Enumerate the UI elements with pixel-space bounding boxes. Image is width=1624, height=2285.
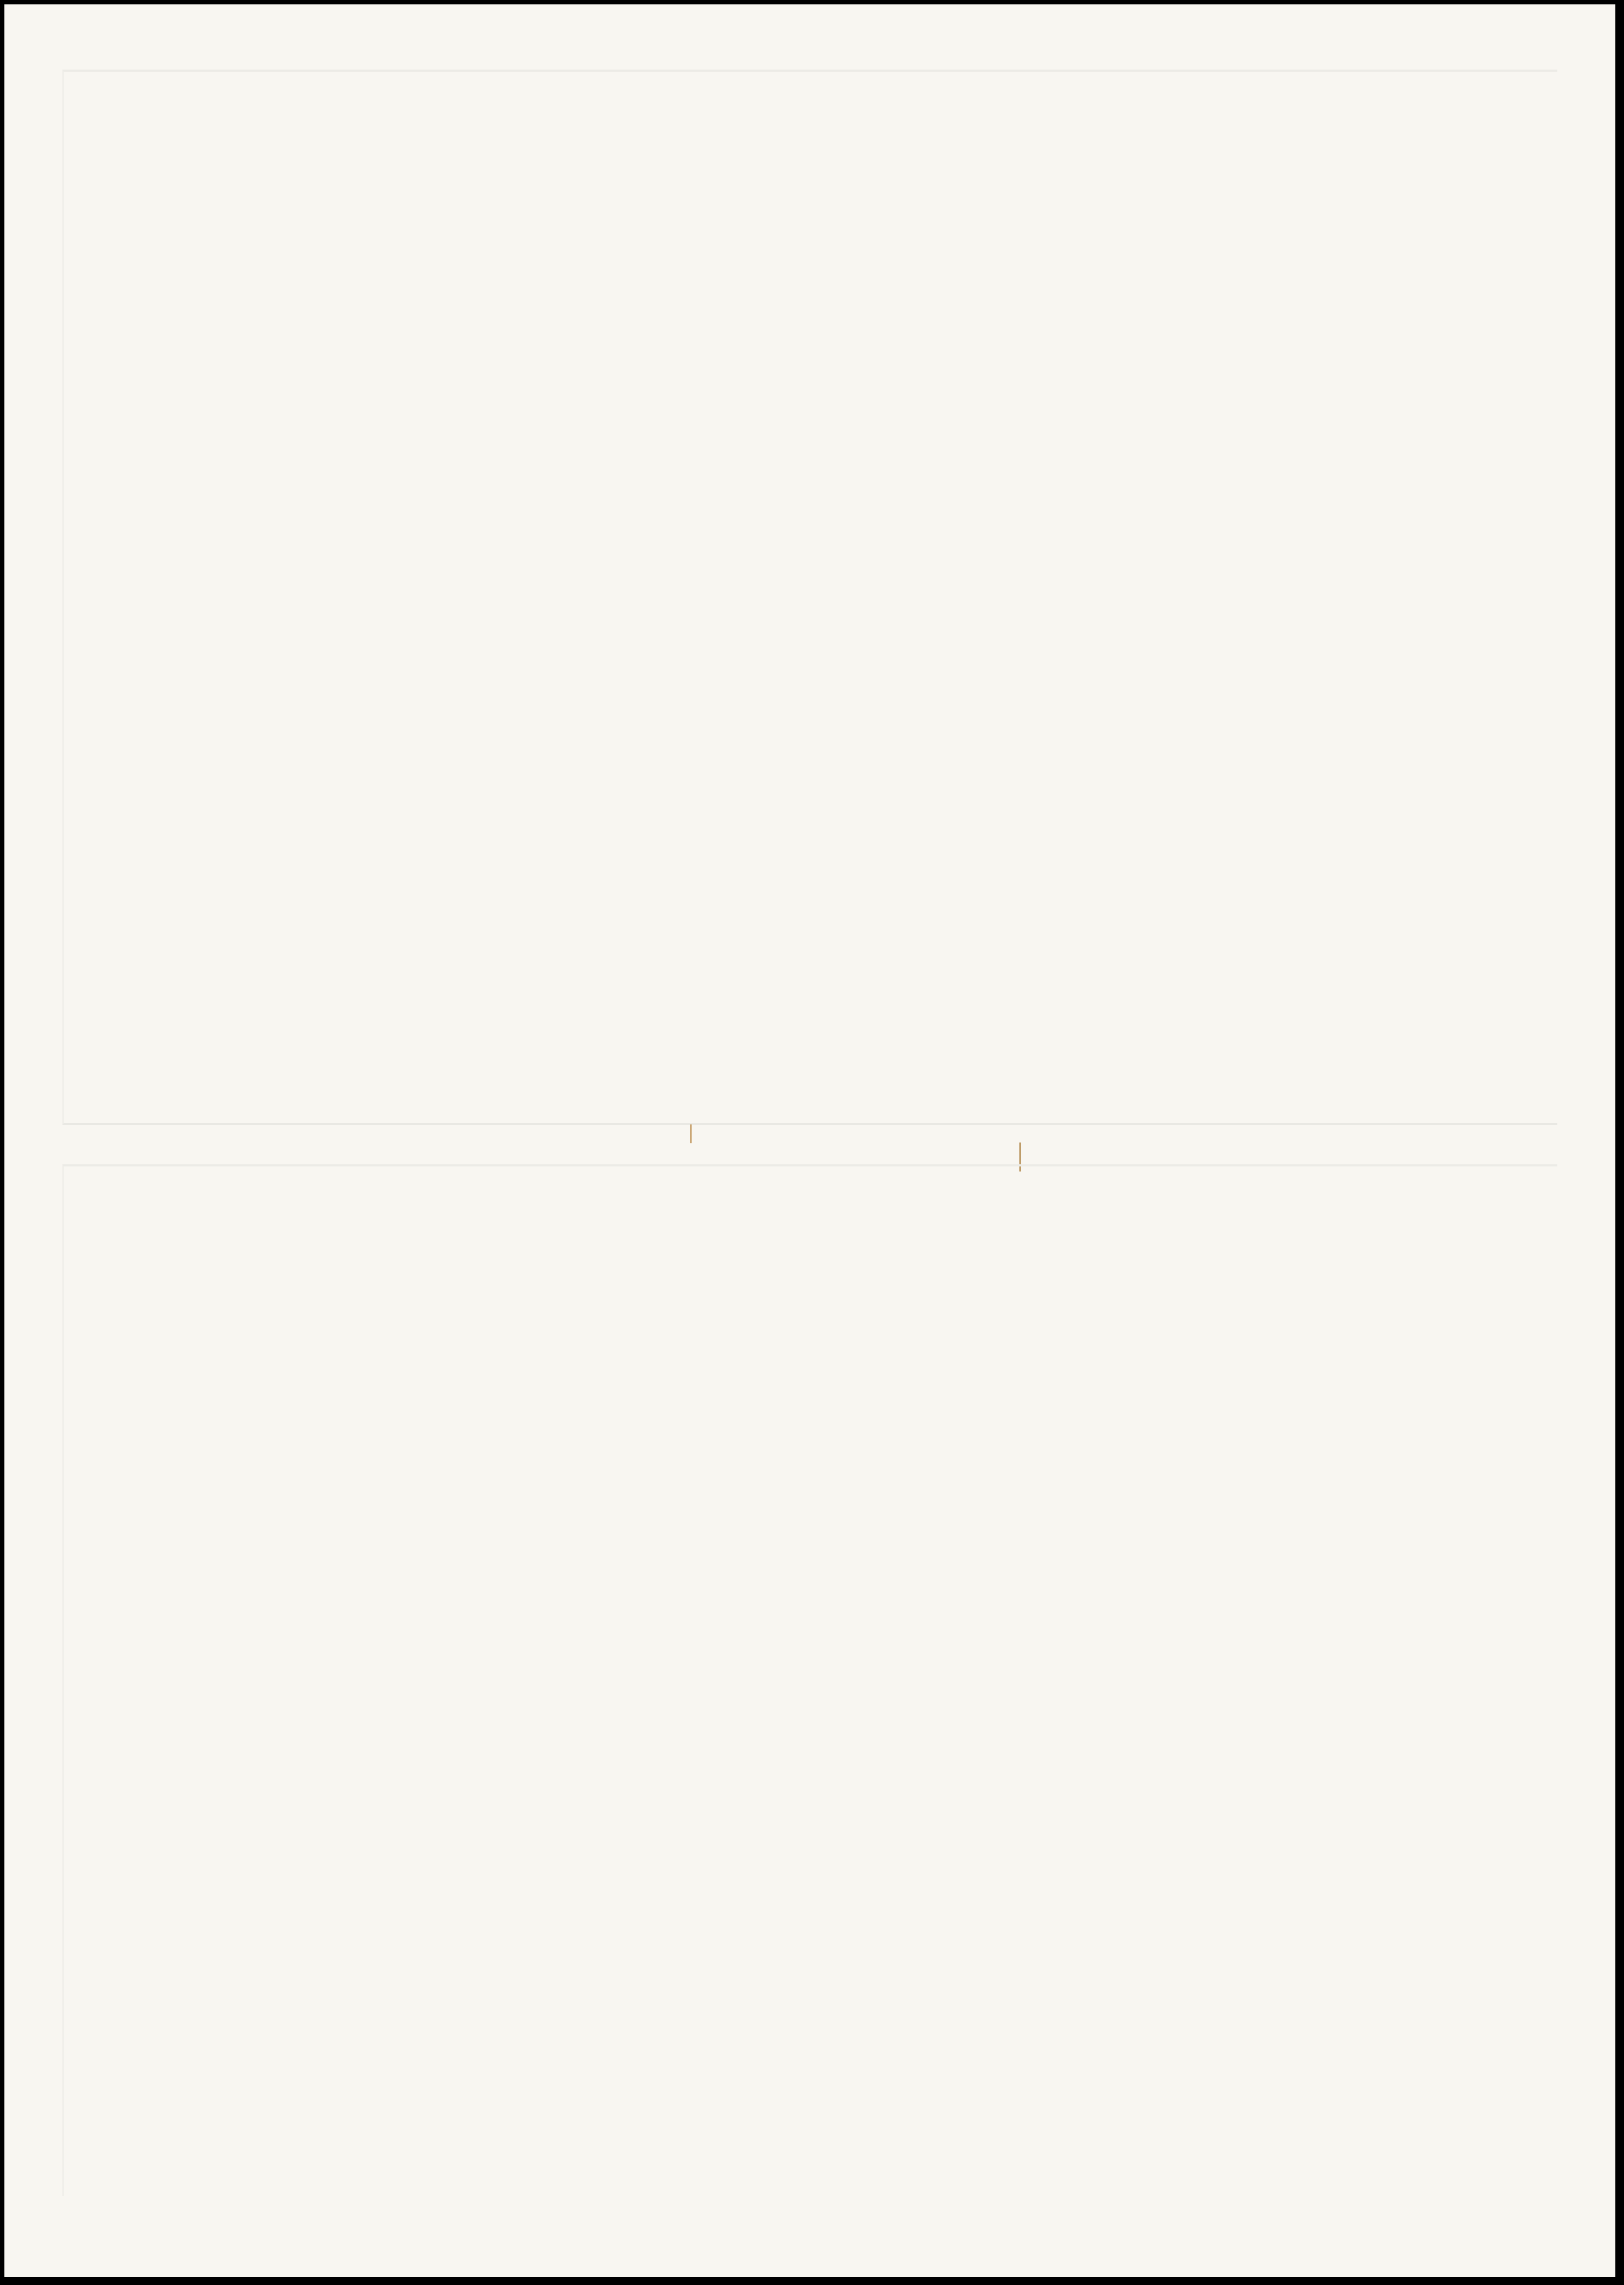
top-panel xyxy=(62,70,1557,1125)
scanned-page xyxy=(4,4,1615,2277)
paper-stain xyxy=(690,1124,692,1143)
bottom-panel xyxy=(62,1164,1557,2196)
